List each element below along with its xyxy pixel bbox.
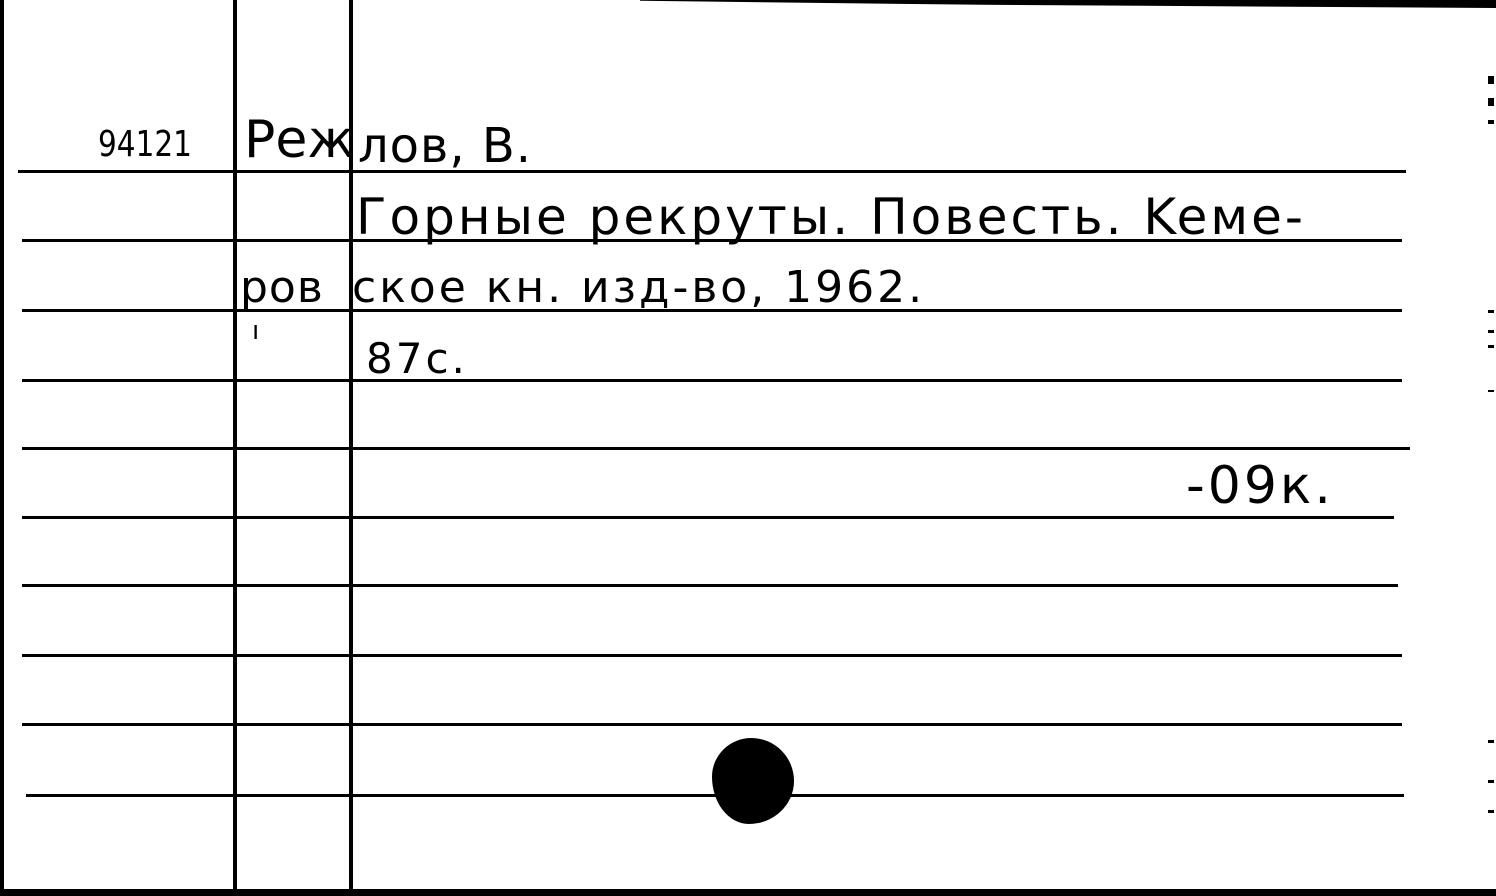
- author-name: лов, В.: [358, 118, 532, 174]
- margin-line-left: [233, 0, 237, 890]
- book-title: Горные рекруты. Повесть. Keме-: [356, 188, 1306, 246]
- ruled-line: [22, 379, 1402, 382]
- margin-mark: ı: [252, 316, 261, 346]
- card-top-edge: [640, 0, 1496, 8]
- ruled-line: [22, 654, 1402, 657]
- author-surname-part: Реж: [244, 110, 354, 170]
- catalog-card: 94121 Реж лов, В. Горные рекруты. Повест…: [0, 0, 1496, 896]
- ruled-line: [22, 584, 1398, 587]
- ruled-line: [18, 170, 1406, 173]
- card-bottom-edge: [0, 889, 1496, 896]
- ruled-line: [22, 516, 1394, 519]
- price: -09к.: [1186, 456, 1334, 516]
- card-left-edge: [0, 0, 4, 896]
- publisher-city-part: ров: [240, 262, 324, 313]
- ruled-line: [22, 723, 1402, 726]
- scan-artifacts: [1488, 40, 1496, 896]
- punch-hole: [712, 738, 794, 824]
- call-number: 94121: [98, 124, 192, 165]
- ruled-line: [22, 447, 1410, 450]
- publisher-line: ское кн. изд-во, 1962.: [352, 262, 925, 313]
- page-count: 87с.: [366, 334, 468, 383]
